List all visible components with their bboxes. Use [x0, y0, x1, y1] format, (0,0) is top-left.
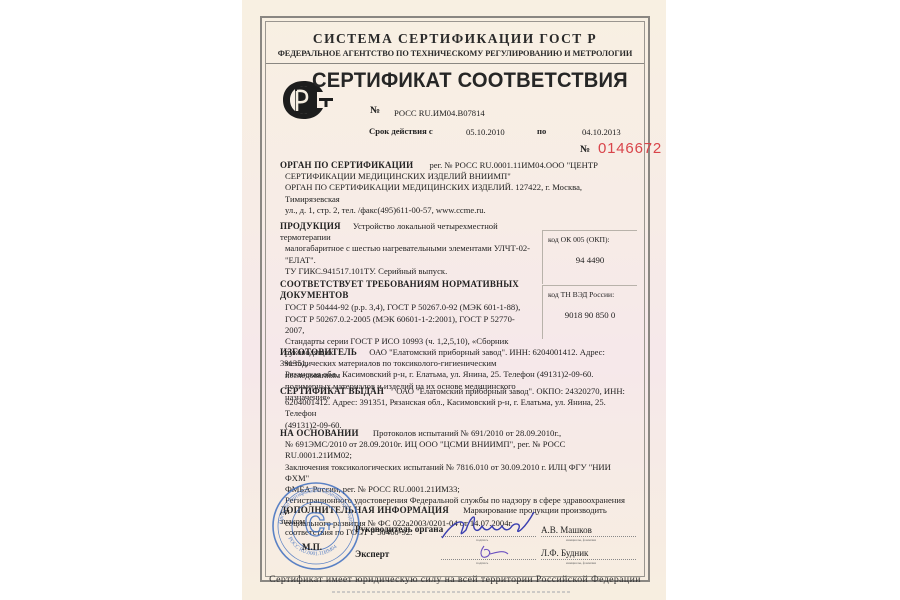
manufacturer-section: ИЗГОТОВИТЕЛЬ ОАО "Елатомский приборный з…: [280, 347, 630, 381]
printer-fine-print: [332, 591, 572, 593]
basis-line1: Протоколов испытаний № 691/2010 от 28.09…: [373, 428, 561, 438]
expert-name-caption: инициалы, фамилия: [566, 561, 596, 565]
certification-body-line2: СЕРТИФИКАЦИИ МЕДИЦИНСКИХ ИЗДЕЛИЙ ВНИИМП": [280, 171, 630, 182]
compliance-label: СООТВЕТСТВУЕТ ТРЕБОВАНИЯМ НОРМАТИВНЫХ ДО…: [280, 279, 534, 301]
legal-validity-note: Сертификат имеет юридическую силу на все…: [266, 574, 644, 585]
expert-name: Л.Ф. Будник: [541, 548, 588, 558]
certification-system-title: СИСТЕМА СЕРТИФИКАЦИИ ГОСТ Р: [266, 31, 644, 47]
product-line3: ТУ ГИКС.941517.101ТУ. Серийный выпуск.: [280, 266, 534, 277]
okp-code-label: код ОК 005 (ОКП):: [548, 235, 610, 244]
certificate-frame: СИСТЕМА СЕРТИФИКАЦИИ ГОСТ Р ФЕДЕРАЛЬНОЕ …: [260, 16, 650, 582]
certification-body-line4: ул., д. 1, стр. 2, тел. /факс(495)611-00…: [280, 205, 630, 216]
head-name-caption: инициалы, фамилия: [566, 538, 596, 542]
certification-body-label: ОРГАН ПО СЕРТИФИКАЦИИ: [280, 160, 413, 170]
okp-code-box: код ОК 005 (ОКП): 94 4490: [542, 230, 637, 284]
product-section: ПРОДУКЦИЯ Устройство локальной четырехме…: [280, 221, 534, 277]
reg-number: РОСС RU.ИМ04.В07814: [394, 108, 485, 118]
stamp-place-label: М.П.: [302, 542, 322, 552]
basis-line: № 691ЭМС/2010 от 28.09.2010г. ИЦ ООО "ЦС…: [280, 439, 630, 461]
tnved-code-value: 9018 90 850 0: [543, 310, 637, 320]
issued-to-label: СЕРТИФИКАТ ВЫДАН: [280, 386, 384, 396]
header-divider: [266, 63, 644, 64]
certification-body-line1: рег. № РОСС RU.0001.11ИМ04.ООО "ЦЕНТР: [429, 160, 597, 170]
valid-to-label: по: [537, 126, 546, 136]
head-of-body-label: Руководитель органа: [355, 524, 443, 534]
issued-to-section: СЕРТИФИКАТ ВЫДАН ОАО "Елатомский приборн…: [280, 386, 630, 431]
okp-code-value: 94 4490: [543, 255, 637, 265]
head-name: А.В. Машков: [541, 525, 592, 535]
reg-number-sign: №: [370, 105, 380, 116]
certificate-title: СЕРТИФИКАТ СООТВЕТСТВИЯ: [312, 69, 628, 93]
valid-to: 04.10.2013: [582, 127, 621, 137]
expert-label: Эксперт: [355, 549, 389, 559]
expert-name-line: [541, 559, 636, 560]
certification-body-line3: ОРГАН ПО СЕРТИФИКАЦИИ МЕДИЦИНСКИХ ИЗДЕЛИ…: [280, 182, 630, 204]
manufacturer-label: ИЗГОТОВИТЕЛЬ: [280, 347, 357, 357]
product-label: ПРОДУКЦИЯ: [280, 221, 341, 231]
tnved-code-box: код ТН ВЭД России: 9018 90 850 0: [542, 285, 637, 339]
head-name-line: [541, 536, 636, 537]
official-stamp-icon: Орган по сертификации медицинских издели…: [270, 480, 362, 572]
basis-label: НА ОСНОВАНИИ: [280, 428, 359, 438]
certificate-sheet: СИСТЕМА СЕРТИФИКАЦИИ ГОСТ Р ФЕДЕРАЛЬНОЕ …: [242, 0, 666, 600]
issued-to-line2: 6204001412. Адрес: 391351, Рязанская обл…: [280, 397, 630, 419]
form-number-sign: №: [580, 144, 590, 155]
form-number: 0146672: [598, 140, 662, 157]
valid-from: 05.10.2010: [466, 127, 505, 137]
tnved-code-label: код ТН ВЭД России:: [548, 290, 614, 299]
head-signature-icon: [438, 504, 543, 564]
compliance-section: СООТВЕТСТВУЕТ ТРЕБОВАНИЯМ НОРМАТИВНЫХ ДО…: [280, 279, 534, 403]
issued-to-line1: ОАО "Елатомский приборный завод". ОКПО: …: [396, 386, 625, 396]
certificate-inner-frame: СИСТЕМА СЕРТИФИКАЦИИ ГОСТ Р ФЕДЕРАЛЬНОЕ …: [265, 21, 645, 577]
compliance-line: ГОСТ Р 50267.0.2-2005 (МЭК 60601-1-2:200…: [285, 314, 534, 336]
compliance-line: ГОСТ Р 50444-92 (р.р. 3,4), ГОСТ Р 50267…: [285, 302, 534, 313]
product-line2: малогабаритное с шестью нагревательными …: [280, 243, 534, 265]
manufacturer-line2: Рязанская обл., Касимовский р-н, г. Елат…: [280, 369, 630, 380]
certification-body-section: ОРГАН ПО СЕРТИФИКАЦИИ рег. № РОСС RU.000…: [280, 160, 630, 216]
validity-label: Срок действия с: [369, 126, 433, 136]
agency-title: ФЕДЕРАЛЬНОЕ АГЕНТСТВО ПО ТЕХНИЧЕСКОМУ РЕ…: [266, 49, 644, 58]
